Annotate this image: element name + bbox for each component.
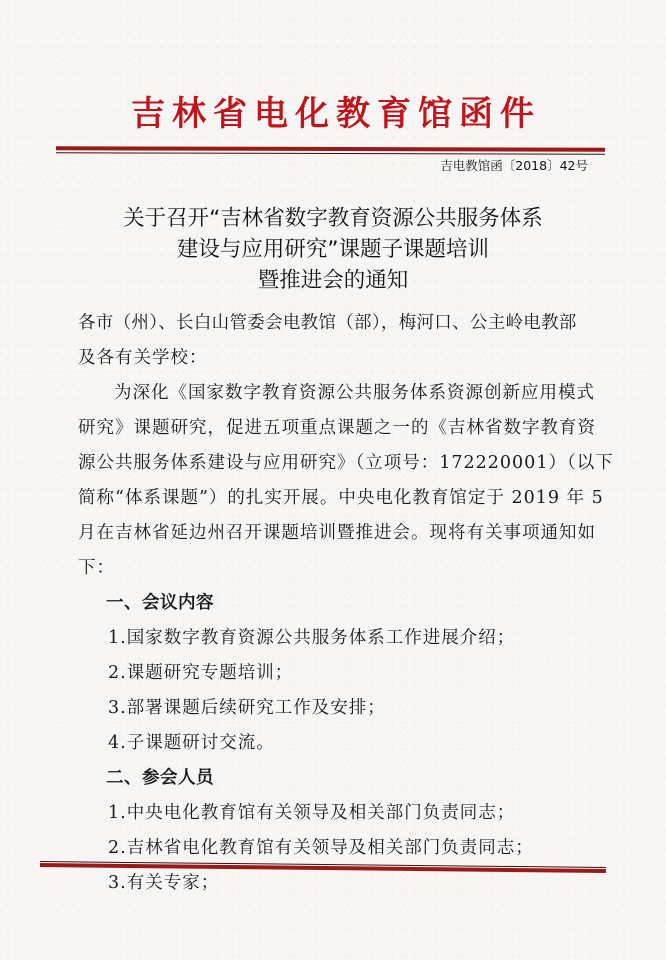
intro-line: 下： — [78, 551, 618, 586]
section-meeting-content: 一、会议内容 1.国家数字教育资源公共服务体系工作进展介绍； 2.课题研究专题培… — [78, 586, 618, 761]
section-heading: 一、会议内容 — [78, 586, 618, 621]
section-attendees: 二、参会人员 1.中央电化教育馆有关领导及相关部门负责同志； 2.吉林省电化教育… — [78, 761, 618, 901]
letterhead-title: 吉林省电化教育馆函件 — [0, 86, 666, 135]
notice-title: 关于召开“吉林省数字教育资源公共服务体系 建设与应用研究”课题子课题培训 暨推进… — [0, 203, 666, 296]
list-item: 1.中央电化教育馆有关领导及相关部门负责同志； — [78, 796, 618, 831]
intro-line: 月在吉林省延边州召开课题培训暨推进会。现将有关事项通知如 — [78, 516, 618, 551]
notice-title-line: 建设与应用研究”课题子课题培训 — [0, 234, 666, 265]
intro-line: 为深化《国家数字教育资源公共服务体系资源创新应用模式 — [78, 376, 618, 411]
list-item: 3.部署课题后续研究工作及安排； — [78, 691, 618, 726]
salutation-line: 及各有关学校： — [78, 341, 618, 376]
salutation-line: 各市（州）、长白山管委会电教馆（部），梅河口、公主岭电教部 — [78, 306, 618, 341]
notice-body: 各市（州）、长白山管委会电教馆（部），梅河口、公主岭电教部 及各有关学校： 为深… — [78, 306, 618, 901]
intro-line: 源公共服务体系建设与应用研究》（立项号：172220001）（以下 — [78, 446, 618, 481]
salutation: 各市（州）、长白山管委会电教馆（部），梅河口、公主岭电教部 及各有关学校： — [78, 306, 618, 376]
list-item: 2.课题研究专题培训； — [78, 656, 618, 691]
intro-line: 简称“体系课题”）的扎实开展。中央电化教育馆定于 2019 年 5 — [78, 481, 618, 516]
list-item: 4.子课题研讨交流。 — [78, 726, 618, 761]
rule-thin — [56, 152, 605, 154]
letterhead-red-rule — [56, 146, 605, 147]
rule-thick — [56, 146, 605, 151]
notice-title-line: 关于召开“吉林省数字教育资源公共服务体系 — [0, 203, 666, 234]
document-number: 吉电教馆函〔2018〕42号 — [440, 156, 588, 174]
intro-paragraph: 为深化《国家数字教育资源公共服务体系资源创新应用模式 研究》课题研究，促进五项重… — [78, 376, 618, 586]
intro-line: 研究》课题研究，促进五项重点课题之一的《吉林省数字教育资 — [78, 411, 618, 446]
list-item: 1.国家数字教育资源公共服务体系工作进展介绍； — [78, 621, 618, 656]
section-heading: 二、参会人员 — [78, 761, 618, 796]
list-item: 2.吉林省电化教育馆有关领导及相关部门负责同志； — [78, 831, 618, 866]
notice-title-line: 暨推进会的通知 — [0, 265, 666, 296]
document-page: 吉林省电化教育馆函件 吉电教馆函〔2018〕42号 关于召开“吉林省数字教育资源… — [0, 0, 666, 960]
